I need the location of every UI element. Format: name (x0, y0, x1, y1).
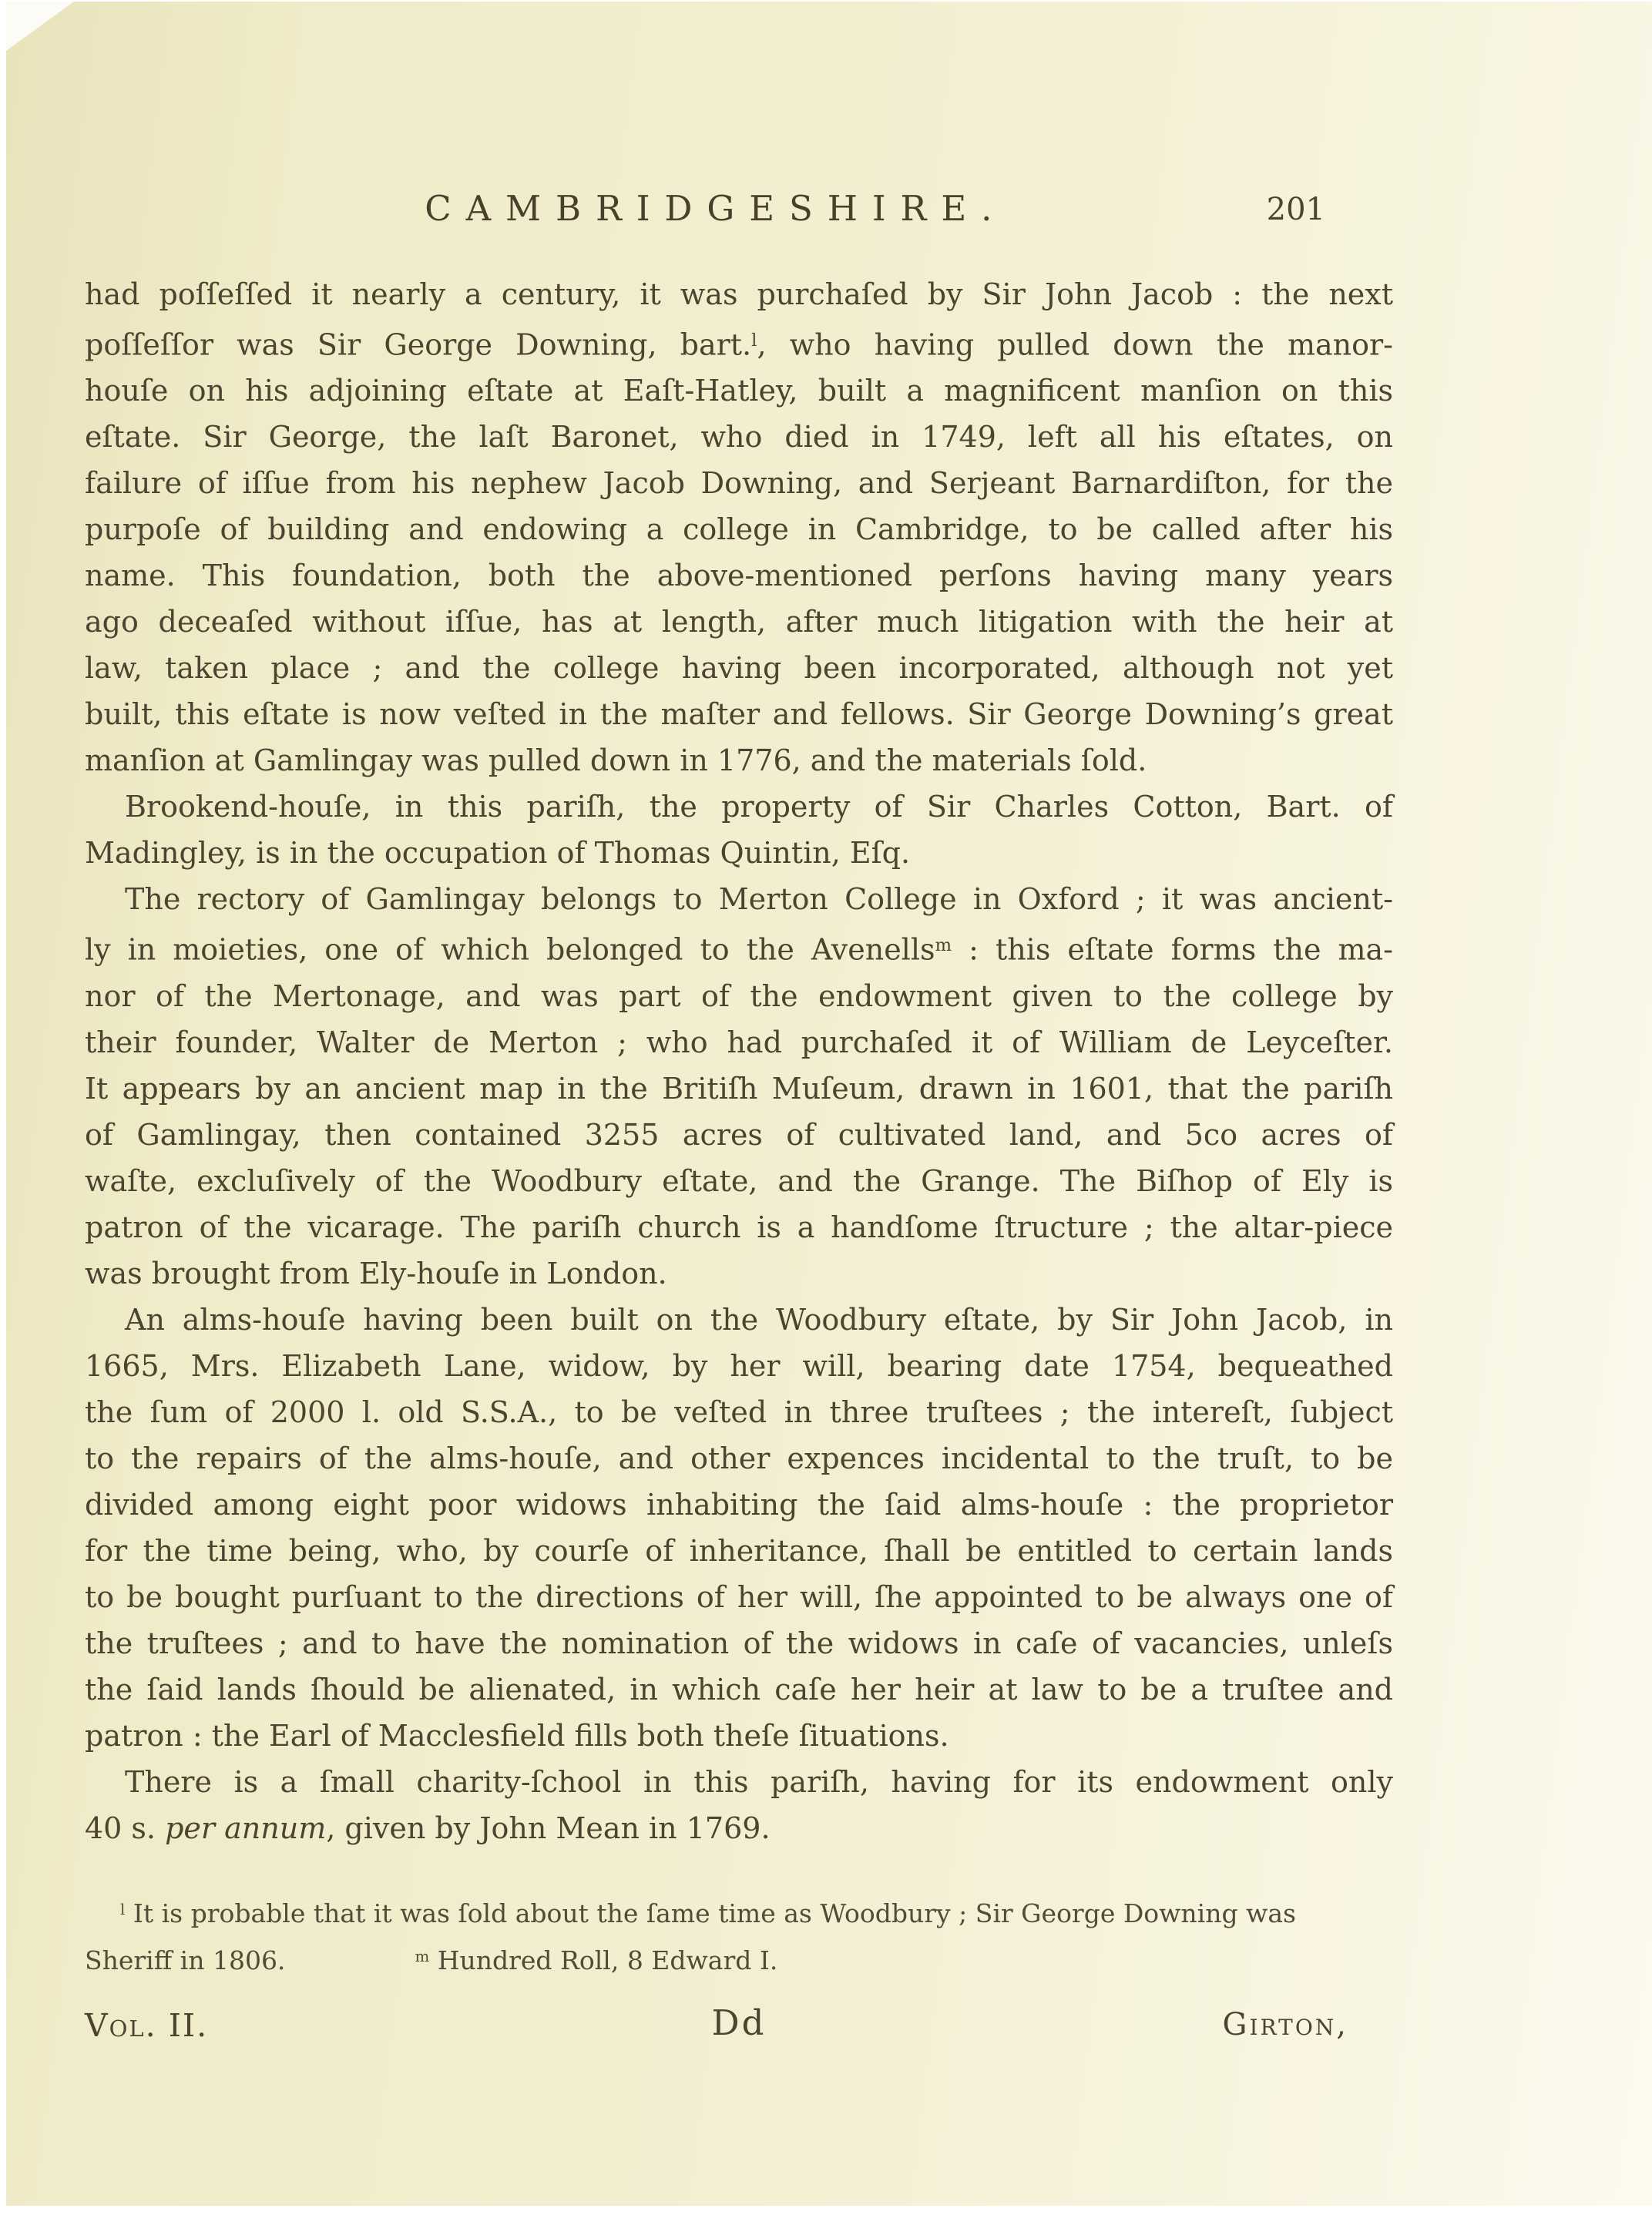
body-line: failure of iſſue from his nephew Jacob D… (85, 460, 1393, 506)
body-line-segment: ly in moieties, one of which belonged to… (85, 933, 935, 967)
body-line: divided among eight poor widows inhabiti… (85, 1482, 1393, 1528)
body-line: ago deceaſed without iſſue, has at lengt… (85, 599, 1393, 645)
latin-phrase: per annum (165, 1811, 326, 1845)
body-line: to the repairs of the alms-houſe, and ot… (85, 1435, 1393, 1482)
scan-corner-artifact (6, 2, 74, 51)
body-line: law, taken place ; and the college havin… (85, 645, 1393, 691)
body-line: The rectory of Gamlingay belongs to Mert… (85, 876, 1393, 922)
body-line: nor of the Mertonage, and was part of th… (85, 973, 1393, 1019)
paragraph: There is a ſmall charity-ſchool in this … (85, 1759, 1393, 1851)
body-line: their founder, Walter de Merton ; who ha… (85, 1019, 1393, 1066)
body-line: It appears by an ancient map in the Brit… (85, 1066, 1393, 1112)
body-line: built, this eſtate is now veſted in the … (85, 691, 1393, 737)
page-content: CAMBRIDGESHIRE. 201 had poſſeſſed it nea… (85, 188, 1393, 2052)
body-line: had poſſeſſed it nearly a century, it wa… (85, 271, 1393, 317)
body-line: poſſeſſor was Sir George Downing, bart.l… (85, 317, 1393, 367)
body-line: manſion at Gamlingay was pulled down in … (85, 737, 1393, 784)
body-line: Madingley, is in the occupation of Thoma… (85, 830, 1393, 876)
body-line: for the time being, who, by courſe of in… (85, 1528, 1393, 1574)
body-line: Brookend-houſe, in this pariſh, the prop… (85, 784, 1393, 830)
body-line: waſte, excluſively of the Woodbury eſtat… (85, 1158, 1393, 1204)
footnote-text: Hundred Roll, 8 Edward I. (429, 1945, 777, 1975)
volume-label: Vol. II. (85, 2007, 208, 2044)
body-line: There is a ſmall charity-ſchool in this … (85, 1759, 1393, 1805)
signature-mark: Dd (712, 2002, 767, 2043)
body-line-segment: : this eſtate forms the ma- (952, 933, 1393, 967)
footnote-marker-m: m (415, 1948, 429, 1965)
book-page: CAMBRIDGESHIRE. 201 had poſſeſſed it nea… (6, 2, 1652, 2206)
body-line: 1665, Mrs. Elizabeth Lane, widow, by her… (85, 1343, 1393, 1389)
paragraph: An alms-houſe having been built on the W… (85, 1297, 1393, 1759)
body-line-segment: 40 s. (85, 1811, 165, 1845)
body-line: ly in moieties, one of which belonged to… (85, 922, 1393, 972)
body-line: name. This foundation, both the above-me… (85, 552, 1393, 599)
footnote-ref-m: m (935, 935, 952, 955)
body-line: purpoſe of building and endowing a colle… (85, 506, 1393, 552)
footnote-line: l It is probable that it was ſold about … (85, 1888, 1393, 1935)
body-line: to be bought purſuant to the directions … (85, 1574, 1393, 1620)
body-line-segment: , given by John Mean in 1769. (326, 1811, 770, 1845)
body-line: was brought from Ely-houſe in London. (85, 1250, 1393, 1297)
body-line: of Gamlingay, then contained 3255 acres … (85, 1112, 1393, 1158)
body-line: houſe on his adjoining eſtate at Eaſt-Ha… (85, 367, 1393, 414)
body-line-segment: poſſeſſor was Sir George Downing, bart. (85, 327, 751, 361)
body-line: patron of the vicarage. The pariſh churc… (85, 1204, 1393, 1250)
body-line: An alms-houſe having been built on the W… (85, 1297, 1393, 1343)
running-head: CAMBRIDGESHIRE. 201 (85, 188, 1393, 239)
footnote-text: It is probable that it was ſold about th… (125, 1898, 1296, 1928)
body-line: patron : the Earl of Macclesfield fills … (85, 1713, 1393, 1759)
catchword: Girton, (1223, 2007, 1348, 2042)
paragraph: The rectory of Gamlingay belongs to Mert… (85, 876, 1393, 1296)
body-line-segment: , who having pulled down the manor- (757, 327, 1393, 361)
footnotes: l It is probable that it was ſold about … (85, 1888, 1393, 1982)
body-line: the ſaid lands ſhould be alienated, in w… (85, 1666, 1393, 1713)
body-line: eſtate. Sir George, the laſt Baronet, wh… (85, 414, 1393, 460)
body-line: the truſtees ; and to have the nominatio… (85, 1620, 1393, 1666)
footnote-text: Sheriff in 1806. (85, 1945, 285, 1975)
folio-number: 201 (1267, 192, 1325, 227)
page-title: CAMBRIDGESHIRE. (425, 188, 1006, 229)
paragraph: had poſſeſſed it nearly a century, it wa… (85, 271, 1393, 784)
page-footer: Vol. II. Dd Girton, (85, 2002, 1393, 2052)
body-line: the ſum of 2000 l. old S.S.A., to be veſ… (85, 1389, 1393, 1435)
footnote-line: Sheriff in 1806.m Hundred Roll, 8 Edward… (85, 1935, 1393, 1982)
body-line: 40 s. per annum, given by John Mean in 1… (85, 1805, 1393, 1851)
paragraph: Brookend-houſe, in this pariſh, the prop… (85, 784, 1393, 876)
